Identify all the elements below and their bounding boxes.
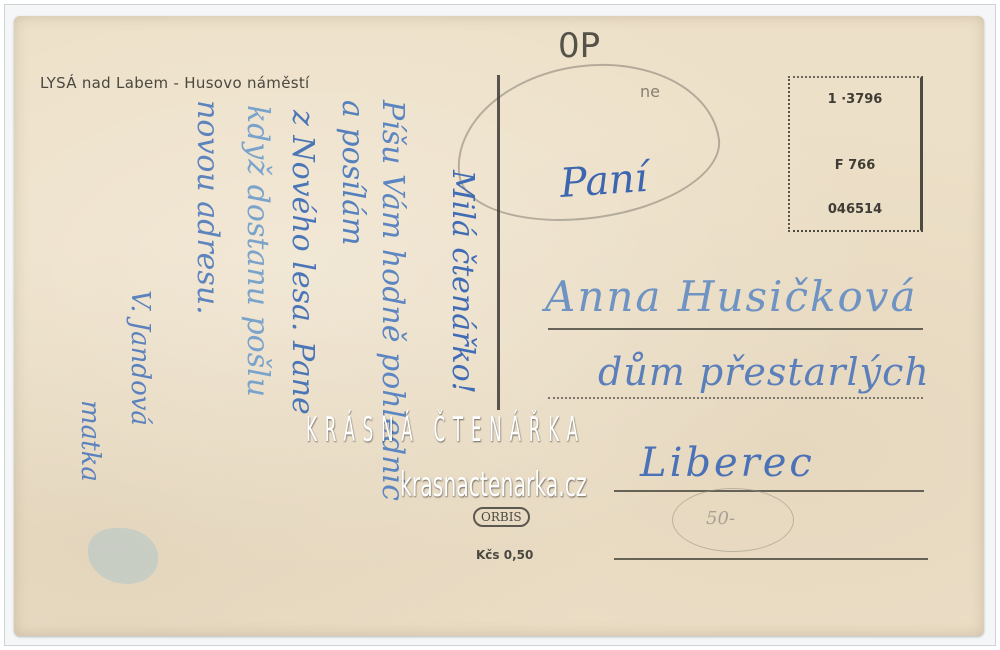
- address-line-1: [548, 328, 923, 330]
- watermark-url: krasnactenarka.cz: [400, 465, 587, 505]
- postmark-fragment: ne: [640, 82, 660, 101]
- address-salutation: Paní: [559, 155, 650, 207]
- message-line-1: Milá čtenářko!: [445, 170, 480, 394]
- address-line-3: [614, 490, 924, 492]
- address-line-4: [614, 558, 928, 560]
- message-line-6: novou adresu.: [190, 100, 225, 315]
- center-divider: [497, 75, 500, 410]
- pencil-mark-top: 0P: [558, 26, 600, 66]
- address-name: Anna Husičková: [545, 272, 918, 321]
- address-line-2: [548, 397, 923, 399]
- stamp-box-line-1: 1 ·3796: [790, 92, 920, 107]
- address-city: Liberec: [640, 440, 815, 486]
- message-line-3: a posílám: [335, 100, 370, 246]
- message-line-4: z Nového lesa. Pane: [285, 110, 320, 415]
- message-signoff: V. Jandová: [125, 290, 155, 426]
- message-signoff-2: matka: [75, 400, 105, 482]
- message-line-5: když dostanu pošlu: [240, 105, 275, 397]
- price-label: Kčs 0,50: [476, 548, 533, 562]
- publisher-logo: ORBIS: [473, 507, 530, 527]
- postcard-caption: LYSÁ nad Labem - Husovo náměstí: [40, 74, 310, 92]
- address-street: dům přestarlých: [598, 350, 930, 394]
- stamp-box-line-3: 046514: [790, 202, 920, 217]
- stamp-box: 1 ·3796 F 766 046514: [788, 76, 923, 232]
- stamp-box-line-2: F 766: [790, 158, 920, 173]
- pencil-oval-number: 50-: [706, 508, 735, 529]
- watermark-title: KRÁSNÁ ČTENÁŘKA: [306, 410, 586, 450]
